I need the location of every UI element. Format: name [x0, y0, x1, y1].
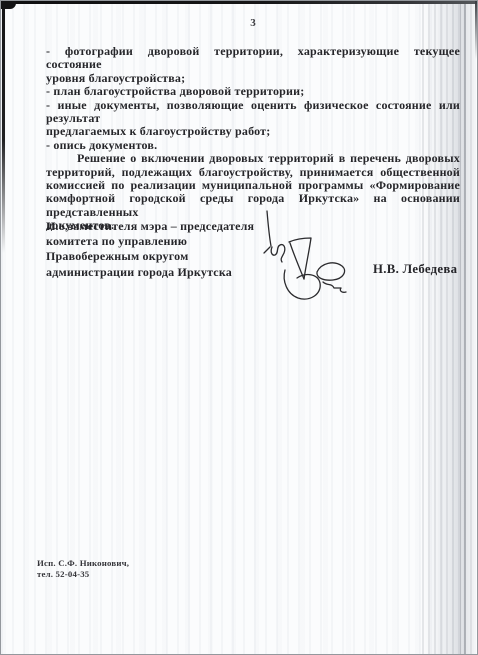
page-number: 3	[46, 17, 460, 29]
text-line: - план благоустройства дворовой территор…	[46, 85, 460, 98]
text-line: - опись документов.	[46, 139, 460, 152]
scanned-document-page: 3 - фотографии дворовой территории, хара…	[0, 0, 478, 655]
text-line: комиссией по реализации муниципальной пр…	[46, 179, 460, 192]
executor-info: Исп. С.Ф. Никонович,тел. 52-04-35	[37, 558, 129, 579]
text-line: уровня благоустройства;	[46, 72, 460, 85]
attachment-list: - фотографии дворовой территории, характ…	[46, 45, 460, 152]
scan-artifact-vertical-line	[464, 1, 466, 654]
text-line: предлагаемых к благоустройству работ;	[46, 125, 460, 138]
scan-artifact-top-edge	[1, 1, 477, 4]
text-line: тел. 52-04-35	[37, 569, 129, 580]
text-line: комфортной городской среды города Иркутс…	[46, 192, 460, 219]
scan-artifact-right-edge	[475, 1, 477, 59]
text-line: Исп. С.Ф. Никонович,	[37, 558, 129, 569]
document-body: - фотографии дворовой территории, характ…	[46, 45, 460, 233]
text-line: Решение о включении дворовых территорий …	[46, 152, 460, 165]
signature-scribble	[259, 206, 351, 306]
signatory-name: Н.В. Лебедева	[373, 262, 457, 277]
scan-artifact-vertical-line	[460, 1, 461, 654]
text-line: - фотографии дворовой территории, характ…	[46, 45, 460, 72]
text-line: - иные документы, позволяющие оценить фи…	[46, 99, 460, 126]
scan-artifact-left-edge	[2, 1, 5, 253]
text-line: территорий, подлежащих благоустройству, …	[46, 166, 460, 179]
